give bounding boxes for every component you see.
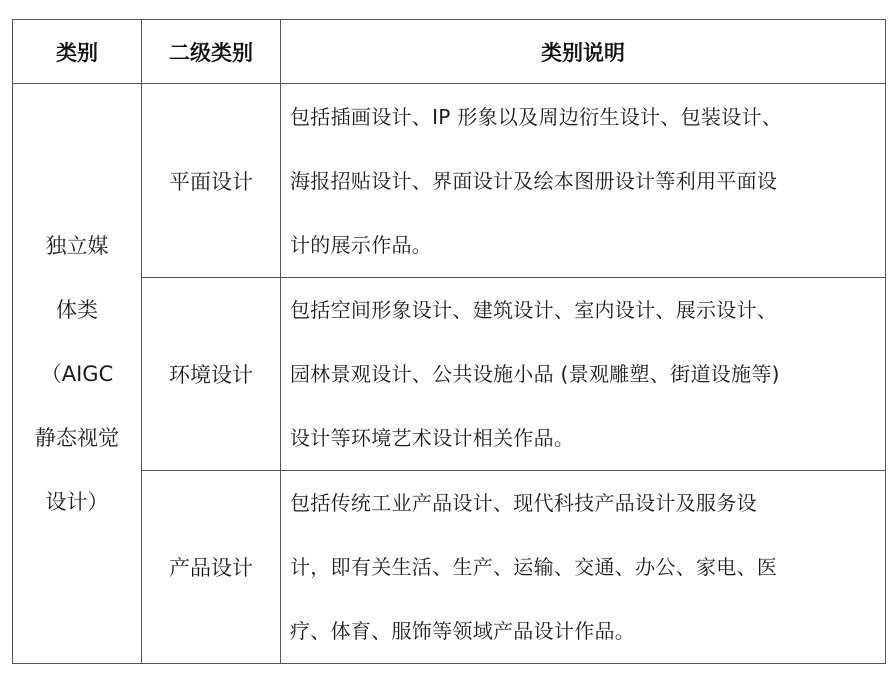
description-line: 包括空间形象设计、建筑设计、室内设计、展示设计、 — [290, 278, 877, 342]
description-line: 包括插画设计、IP 形象以及周边衍生设计、包装设计、 — [290, 85, 877, 149]
description-line: 海报招贴设计、界面设计及绘本图册设计等利用平面设 — [290, 149, 877, 213]
subcategory-cell: 环境设计 — [142, 278, 281, 471]
description-line: 计的展示作品。 — [290, 213, 877, 277]
description-line: 设计等环境艺术设计相关作品。 — [290, 406, 877, 470]
description-cell: 包括传统工业产品设计、现代科技产品设计及服务设 计，即有关生活、生产、运输、交通… — [281, 471, 886, 664]
category-label-line: 静态视觉 — [13, 406, 141, 470]
table-row: 环境设计 包括空间形象设计、建筑设计、室内设计、展示设计、 园林景观设计、公共设… — [13, 278, 886, 471]
header-row: 类别 二级类别 类别说明 — [13, 20, 886, 84]
category-label-line: 独立媒 — [13, 214, 141, 278]
header-subcategory: 二级类别 — [142, 20, 281, 84]
table-row: 独立媒 体类 （AIGC 静态视觉 设计） 平面设计 包括插画设计、IP 形象以… — [13, 84, 886, 278]
category-label-line: 设计） — [13, 470, 141, 534]
subcategory-cell: 平面设计 — [142, 84, 281, 278]
description-line: 包括传统工业产品设计、现代科技产品设计及服务设 — [290, 471, 877, 535]
description-cell: 包括插画设计、IP 形象以及周边衍生设计、包装设计、 海报招贴设计、界面设计及绘… — [281, 84, 886, 278]
subcategory-cell: 产品设计 — [142, 471, 281, 664]
category-label-line: （AIGC — [13, 342, 141, 406]
description-line: 园林景观设计、公共设施小品 (景观雕塑、街道设施等) — [290, 342, 877, 406]
description-line: 疗、体育、服饰等领域产品设计作品。 — [290, 599, 877, 663]
category-label-line: 体类 — [13, 278, 141, 342]
description-cell: 包括空间形象设计、建筑设计、室内设计、展示设计、 园林景观设计、公共设施小品 (… — [281, 278, 886, 471]
category-cell: 独立媒 体类 （AIGC 静态视觉 设计） — [13, 84, 142, 664]
table-row: 产品设计 包括传统工业产品设计、现代科技产品设计及服务设 计，即有关生活、生产、… — [13, 471, 886, 664]
description-line: 计，即有关生活、生产、运输、交通、办公、家电、医 — [290, 535, 877, 599]
header-description: 类别说明 — [281, 20, 886, 84]
category-table: 类别 二级类别 类别说明 独立媒 体类 （AIGC 静态视觉 设计） 平面设计 … — [12, 19, 886, 664]
header-category: 类别 — [13, 20, 142, 84]
